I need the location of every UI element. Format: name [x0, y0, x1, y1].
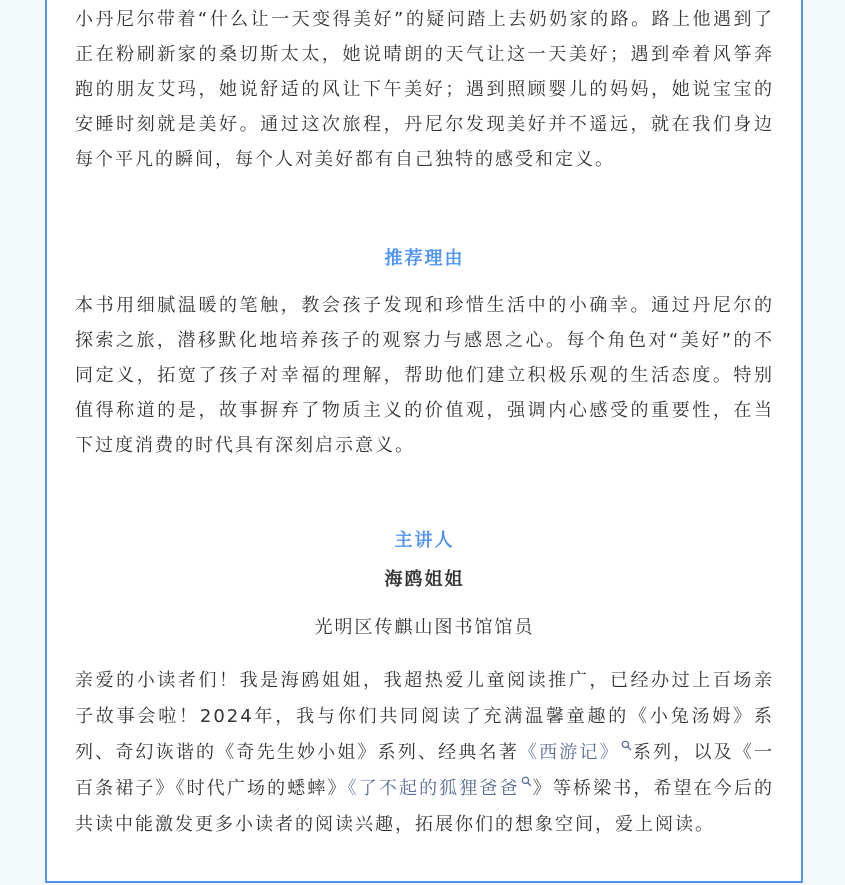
page-background: 小丹尼尔带着“什么让一天变得美好”的疑问踏上去奶奶家的路。路上他遇到了正在粉刷新…	[0, 0, 845, 885]
speaker-title: 光明区传麒山图书馆馆员	[75, 610, 774, 645]
section-heading-recommendation: 推荐理由	[75, 241, 774, 276]
speaker-name: 海鸥姐姐	[75, 562, 774, 597]
article-card: 小丹尼尔带着“什么让一天变得美好”的疑问踏上去奶奶家的路。路上他遇到了正在粉刷新…	[45, 0, 803, 883]
search-sup-icon[interactable]	[621, 740, 632, 751]
book-title-link[interactable]: 《了不起的狐狸爸爸	[348, 778, 520, 799]
speaker-intro-paragraph: 亲爱的小读者们！我是海鸥姐姐，我超热爱儿童阅读推广，已经办过上百场亲子故事会啦！…	[75, 663, 774, 843]
search-sup-icon[interactable]	[521, 776, 532, 787]
section-heading-speaker: 主讲人	[75, 523, 774, 558]
recommendation-paragraph: 本书用细腻温暖的笔触，教会孩子发现和珍惜生活中的小确幸。通过丹尼尔的探索之旅，潜…	[75, 288, 774, 463]
book-summary-paragraph: 小丹尼尔带着“什么让一天变得美好”的疑问踏上去奶奶家的路。路上他遇到了正在粉刷新…	[75, 2, 774, 177]
book-title-link[interactable]: 《西游记》	[519, 742, 620, 763]
